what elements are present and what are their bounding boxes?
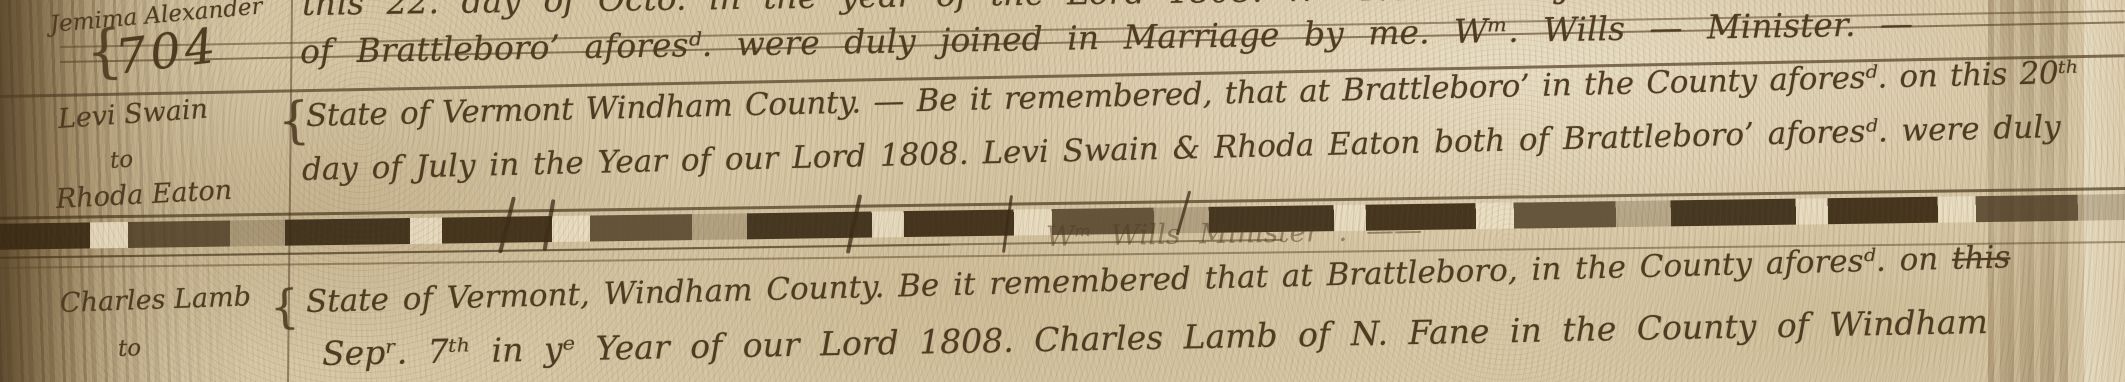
margin-to-label: to xyxy=(109,146,134,174)
marriage-register-scan: Jemima Alexander { 704 this 22. day of O… xyxy=(0,0,2125,382)
margin-to-label: to xyxy=(118,335,142,362)
margin-groom-name: Charles Lamb xyxy=(59,281,251,319)
brace-mark: { xyxy=(269,279,300,334)
entry-text-line-3-faint: Wᵐ Wills Minister . —— xyxy=(1046,213,1423,253)
struck-word: this xyxy=(1952,239,2011,277)
